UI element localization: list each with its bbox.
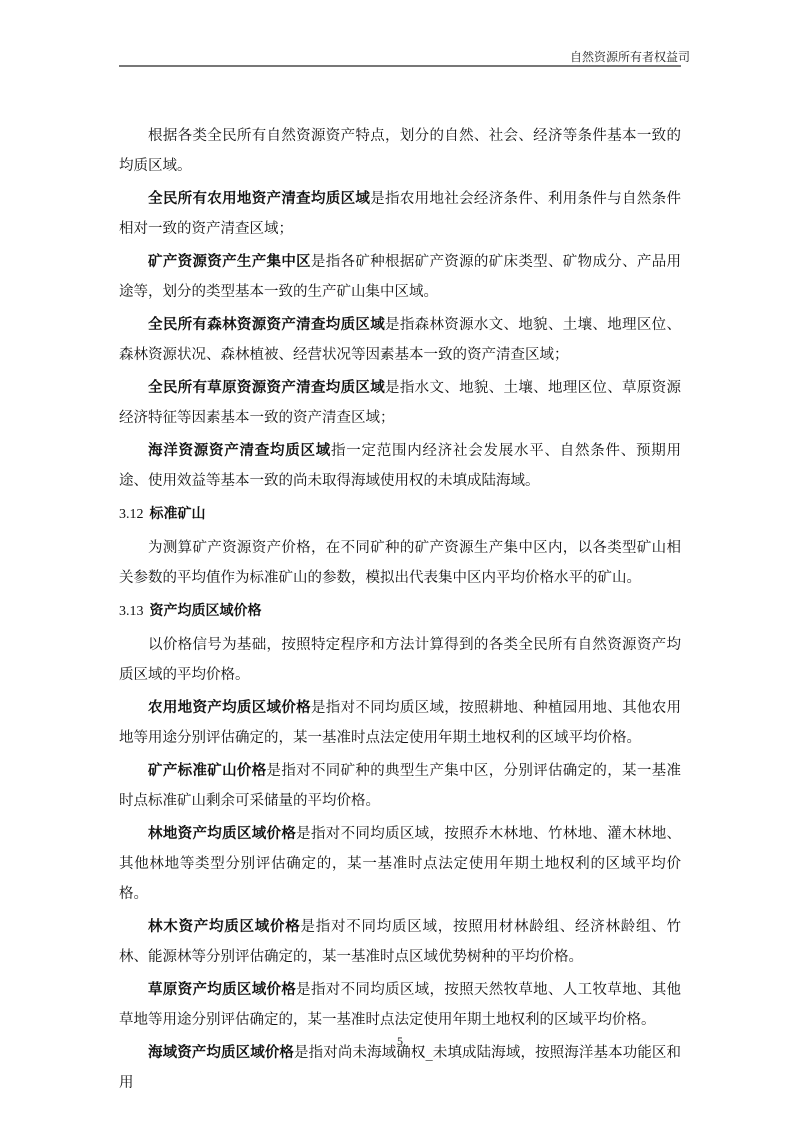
paragraph-intro: 根据各类全民所有自然资源资产特点，划分的自然、社会、经济等条件基本一致的均质区域… bbox=[119, 121, 681, 181]
defined-term: 海洋资源资产清查均质区域 bbox=[148, 443, 331, 459]
defined-term: 矿产标准矿山价格 bbox=[148, 763, 267, 779]
defined-term: 林木资产均质区域价格 bbox=[148, 919, 301, 935]
paragraph-mineral-zone: 矿产资源资产生产集中区是指各矿种根据矿产资源的矿床类型、矿物成分、产品用途等，划… bbox=[119, 247, 681, 307]
defined-term: 全民所有森林资源资产清查均质区域 bbox=[148, 317, 385, 333]
paragraph-grassland-price: 草原资产均质区域价格是指对不同均质区域，按照天然牧草地、人工牧草地、其他草地等用… bbox=[119, 975, 681, 1035]
page-number: 5 bbox=[0, 1034, 800, 1049]
defined-term: 草原资产均质区域价格 bbox=[148, 982, 296, 998]
paragraph-grassland-zone: 全民所有草原资源资产清查均质区域是指水文、地貌、土壤、地理区位、草原资源经济特征… bbox=[119, 373, 681, 433]
running-header: 自然资源所有者权益司 bbox=[570, 48, 690, 65]
header-divider bbox=[119, 65, 681, 67]
section-number: 3.12 bbox=[119, 507, 144, 522]
paragraph-marine-zone: 海洋资源资产清查均质区域指一定范围内经济社会发展水平、自然条件、预期用途、使用效… bbox=[119, 436, 681, 496]
paragraph-text: 根据各类全民所有自然资源资产特点，划分的自然、社会、经济等条件基本一致的均质区域… bbox=[119, 128, 681, 174]
section-title: 标准矿山 bbox=[150, 506, 206, 522]
paragraph-text: 为测算矿产资源资产价格，在不同矿种的矿产资源生产集中区内，以各类型矿山相关参数的… bbox=[119, 540, 681, 586]
section-heading-3-13: 3.13资产均质区域价格 bbox=[119, 596, 681, 627]
section-heading-3-12: 3.12标准矿山 bbox=[119, 499, 681, 530]
paragraph-zone-price-intro: 以价格信号为基础，按照特定程序和方法计算得到的各类全民所有自然资源资产均质区域的… bbox=[119, 630, 681, 690]
defined-term: 林地资产均质区域价格 bbox=[148, 826, 296, 842]
paragraph-timber-price: 林木资产均质区域价格是指对不同均质区域，按照用材林龄组、经济林龄组、竹林、能源林… bbox=[119, 912, 681, 972]
defined-term: 农用地资产均质区域价格 bbox=[148, 700, 311, 716]
paragraph-forestland-price: 林地资产均质区域价格是指对不同均质区域，按照乔木林地、竹林地、灌木林地、其他林地… bbox=[119, 819, 681, 909]
paragraph-mine-price: 矿产标准矿山价格是指对不同矿种的典型生产集中区，分别评估确定的，某一基准时点标准… bbox=[119, 756, 681, 816]
defined-term: 全民所有农用地资产清查均质区域 bbox=[148, 191, 370, 207]
paragraph-farmland-zone: 全民所有农用地资产清查均质区域是指农用地社会经济条件、利用条件与自然条件相对一致… bbox=[119, 184, 681, 244]
defined-term: 全民所有草原资源资产清查均质区域 bbox=[148, 380, 385, 396]
section-title: 资产均质区域价格 bbox=[150, 603, 262, 619]
paragraph-text: 以价格信号为基础，按照特定程序和方法计算得到的各类全民所有自然资源资产均质区域的… bbox=[119, 637, 681, 683]
paragraph-farmland-price: 农用地资产均质区域价格是指对不同均质区域，按照耕地、种植园用地、其他农用地等用途… bbox=[119, 693, 681, 753]
paragraph-forest-zone: 全民所有森林资源资产清查均质区域是指森林资源水文、地貌、土壤、地理区位、森林资源… bbox=[119, 310, 681, 370]
paragraph-standard-mine: 为测算矿产资源资产价格，在不同矿种的矿产资源生产集中区内，以各类型矿山相关参数的… bbox=[119, 533, 681, 593]
defined-term: 矿产资源资产生产集中区 bbox=[148, 254, 311, 270]
document-body: 根据各类全民所有自然资源资产特点，划分的自然、社会、经济等条件基本一致的均质区域… bbox=[119, 121, 681, 1098]
section-number: 3.13 bbox=[119, 604, 144, 619]
